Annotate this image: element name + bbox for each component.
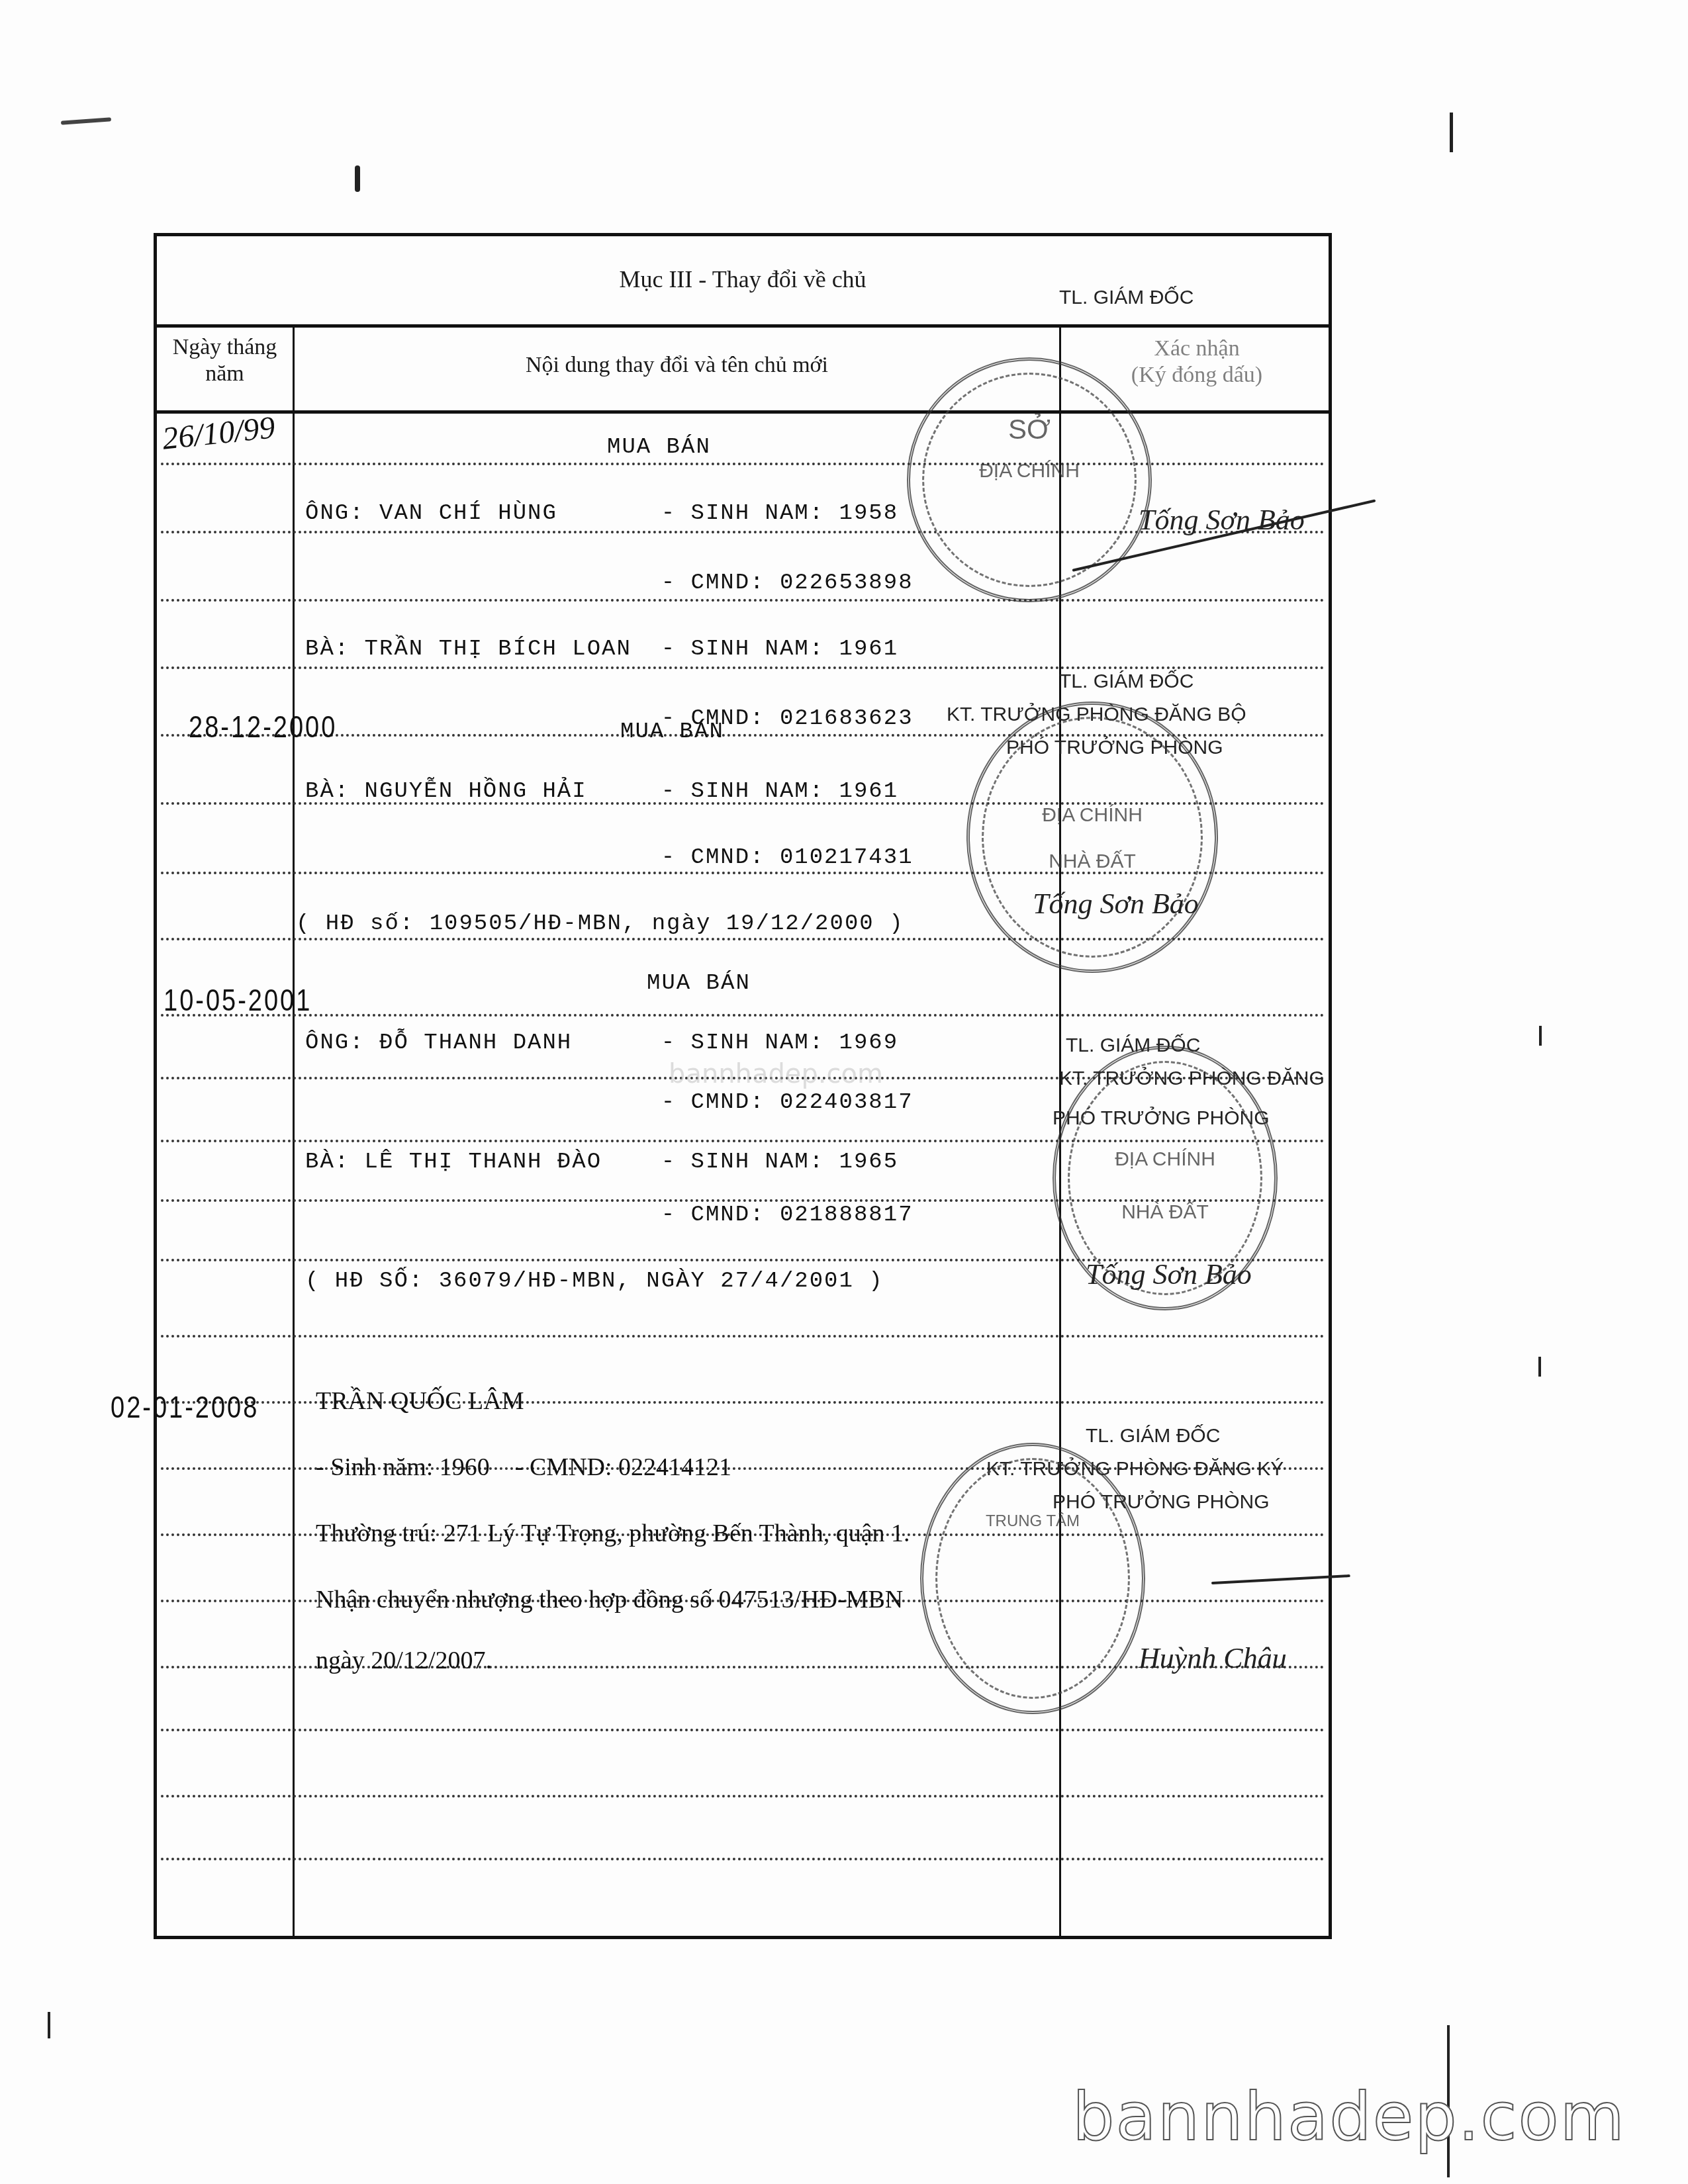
ruled-line — [161, 1858, 1325, 1860]
official-stamp: TRUNG TÂM — [920, 1443, 1145, 1714]
entry-line: - CMND: 021888817 — [305, 1203, 914, 1228]
signature: Huỳnh Châu — [1139, 1641, 1287, 1675]
scan-smudge — [61, 117, 111, 124]
entry-line: BÀ: NGUYỄN HỒNG HẢI - SINH NAM: 1961 — [305, 779, 898, 804]
entry-date: 28-12-2000 — [189, 711, 337, 746]
entry-line: - CMND: 021683623 — [305, 706, 914, 731]
scan-edge-mark — [1450, 113, 1453, 152]
header-divider — [157, 410, 1329, 414]
header-divider — [157, 324, 1329, 328]
signer-title: TL. GIÁM ĐỐC — [1059, 285, 1194, 311]
scan-edge-mark — [1538, 1357, 1541, 1377]
signer-title: TL. GIÁM ĐỐC — [1059, 668, 1194, 695]
entry-line: ÔNG: VAN CHÍ HÙNG - SINH NAM: 1958 — [305, 501, 898, 526]
entry-date: 26/10/99 — [161, 409, 277, 457]
entry-line: ÔNG: ĐỖ THANH DANH - SINH NAM: 1969 — [305, 1030, 898, 1056]
entry-line: BÀ: LÊ THỊ THANH ĐÀO - SINH NAM: 1965 — [305, 1150, 898, 1175]
ruled-line — [161, 1795, 1325, 1797]
entry-line: TRẦN QUỐC LÂM — [316, 1387, 524, 1416]
ruled-line — [161, 599, 1325, 602]
ruled-line — [161, 1335, 1325, 1338]
entry-line: - CMND: 022653898 — [305, 570, 914, 596]
official-stamp: ĐỊA CHÍNH NHÀ ĐẤT — [966, 702, 1218, 973]
scanned-page: Mục III - Thay đổi về chủ Ngày tháng năm… — [0, 0, 1688, 2184]
signature: Tống Sơn Bảo — [1139, 503, 1305, 537]
ruled-line — [161, 1729, 1325, 1731]
entry-line: Thường trú: 271 Lý Tự Trọng, phường Bến … — [316, 1519, 910, 1548]
signature: Tống Sơn Bảo — [1086, 1257, 1252, 1291]
entry-type: MUA BÁN — [620, 719, 724, 745]
entry-type: MUA BÁN — [607, 435, 711, 460]
entry-date: 10-05-2001 — [164, 985, 312, 1019]
column-header-content: Nội dung thay đổi và tên chủ mới — [295, 352, 1059, 379]
entry-line: - CMND: 022403817 — [305, 1090, 914, 1115]
entry-line: ( HĐ SỐ: 36079/HĐ-MBN, NGÀY 27/4/2001 ) — [305, 1269, 884, 1294]
scan-edge-mark — [48, 2012, 50, 2038]
scan-smudge — [355, 165, 360, 192]
entry-line: - Sinh năm: 1960 - CMND: 022414121 — [316, 1453, 731, 1482]
entry-line: ( HĐ số: 109505/HĐ-MBN, ngày 19/12/2000 … — [296, 911, 904, 936]
column-header-date: Ngày tháng năm — [157, 334, 293, 387]
column-divider — [293, 328, 295, 1936]
entry-date: 02-01-2008 — [111, 1392, 259, 1426]
entry-line: - CMND: 010217431 — [305, 845, 914, 870]
entry-line: ngày 20/12/2007. — [316, 1646, 492, 1675]
entry-line: Nhận chuyển nhượng theo hợp đồng số 0475… — [316, 1585, 903, 1614]
watermark-faint: bannhadep.com — [669, 1059, 883, 1089]
signature: Tống Sơn Bảo — [1033, 887, 1199, 921]
ruled-line — [161, 1014, 1325, 1017]
official-stamp: SỞ ĐỊA CHÍNH — [907, 357, 1152, 602]
watermark: bannhadep.com — [1072, 2078, 1626, 2156]
entry-type: MUA BÁN — [647, 971, 751, 996]
signer-title: TL. GIÁM ĐỐC — [1086, 1423, 1220, 1449]
scan-edge-mark — [1539, 1026, 1542, 1046]
entry-line: BÀ: TRẦN THỊ BÍCH LOAN - SINH NAM: 1961 — [305, 637, 898, 662]
